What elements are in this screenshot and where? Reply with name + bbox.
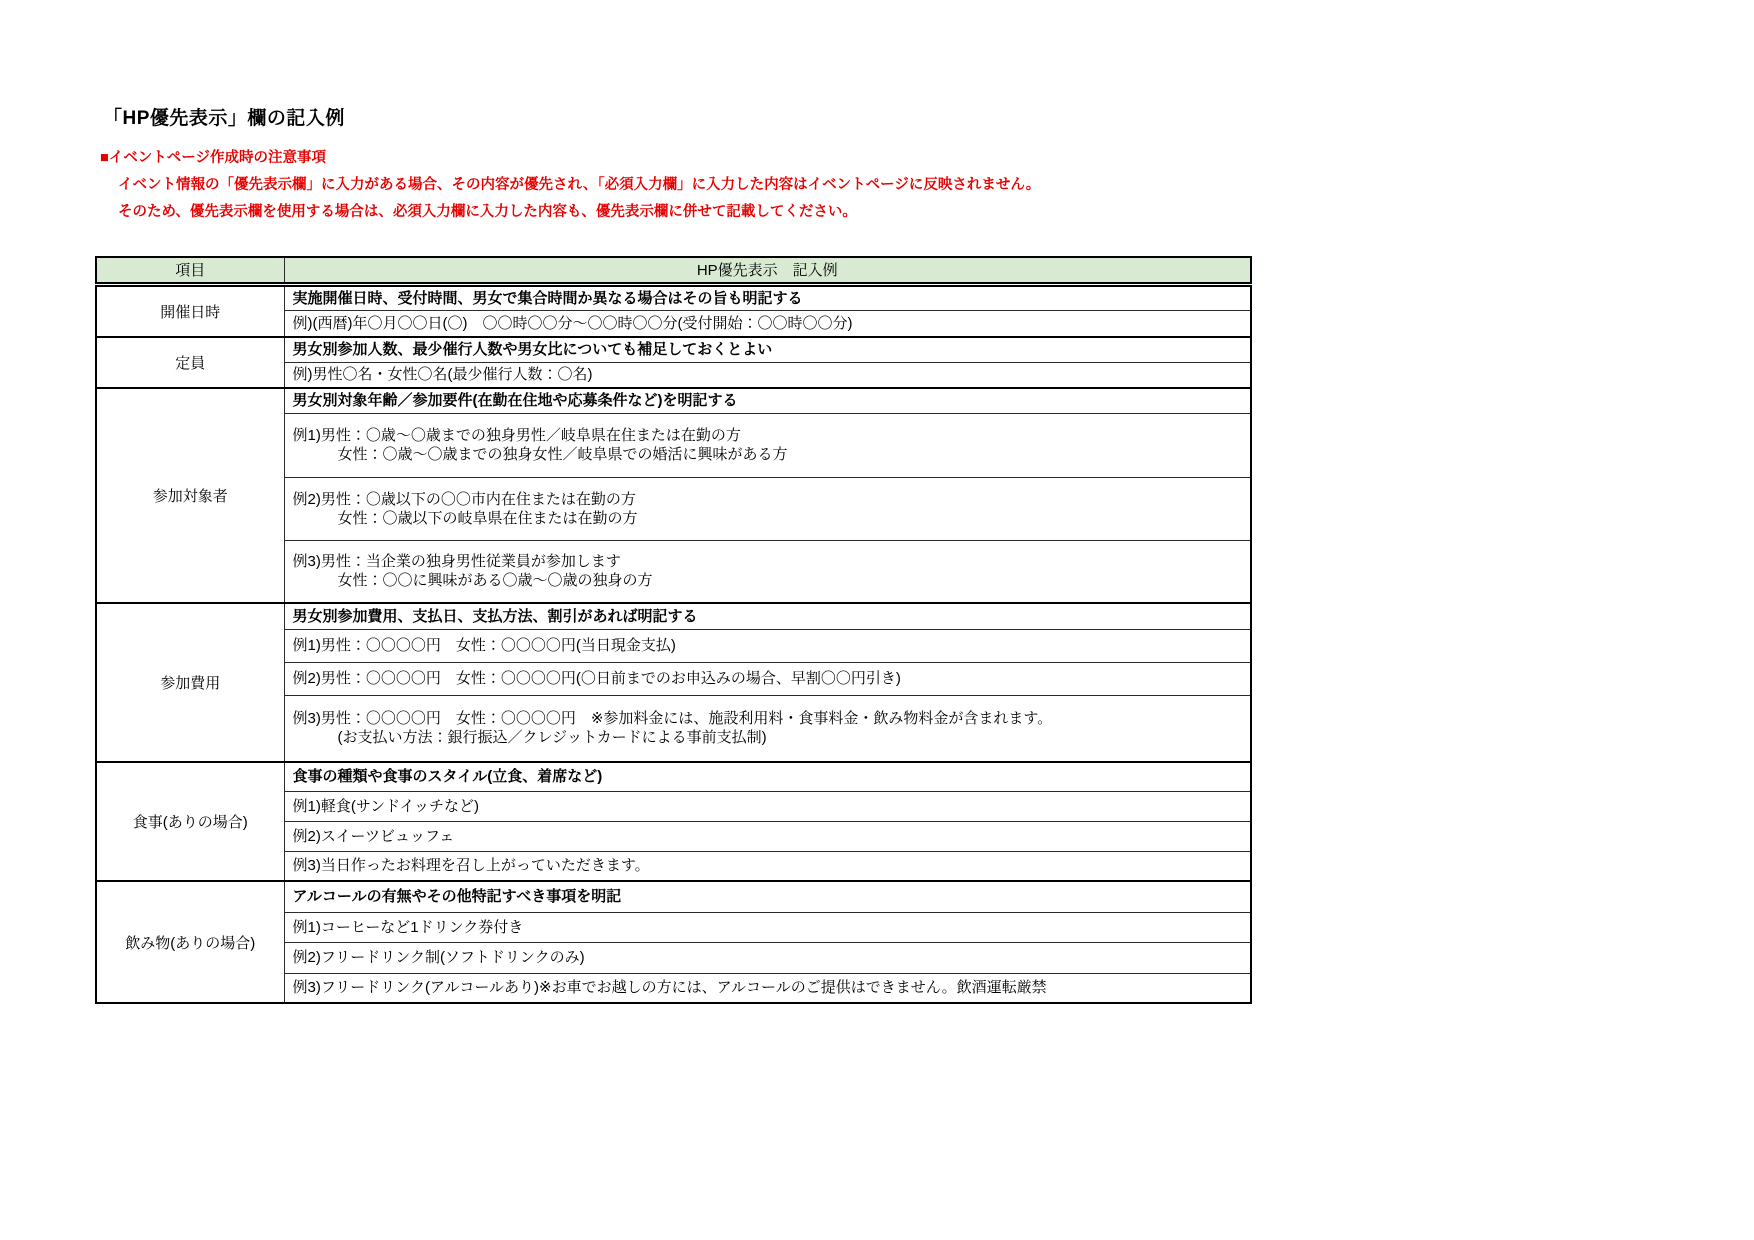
notice-line-2: そのため、優先表示欄を使用する場合は、必須入力欄に入力した内容も、優先表示欄に併… xyxy=(95,199,1754,226)
row-group-fee: 参加費用 男女別参加費用、支払日、支払方法、割引があれば明記する xyxy=(96,603,1251,629)
notice-line-1: イベント情報の「優先表示欄」に入力がある場合、その内容が優先され、「必須入力欄」… xyxy=(95,172,1754,199)
entry-cell: 実施開催日時、受付時間、男女で集合時間か異なる場合はその旨も明記する xyxy=(284,284,1251,310)
entry-cell: 例)男性〇名・女性〇名(最少催行人数：〇名) xyxy=(284,362,1251,388)
row-group-meal: 食事(ありの場合) 食事の種類や食事のスタイル(立食、着席など) xyxy=(96,762,1251,791)
notice-block: ■イベントページ作成時の注意事項 イベント情報の「優先表示欄」に入力がある場合、… xyxy=(95,145,1754,226)
header-cell-example: HP優先表示 記入例 xyxy=(284,257,1251,284)
entry-cell: 男女別参加費用、支払日、支払方法、割引があれば明記する xyxy=(284,603,1251,629)
notice-heading: ■イベントページ作成時の注意事項 xyxy=(95,145,1754,172)
entry-cell: 食事の種類や食事のスタイル(立食、着席など) xyxy=(284,762,1251,791)
entry-cell: 例3)フリードリンク(アルコールあり)※お車でお越しの方には、アルコールのご提供… xyxy=(284,973,1251,1003)
entry-cell: 例2)スイーツビュッフェ xyxy=(284,821,1251,851)
table-header-row: 項目 HP優先表示 記入例 xyxy=(96,257,1251,284)
item-cell-capacity: 定員 xyxy=(96,337,284,388)
entry-cell: 例2)男性：〇〇〇〇円 女性：〇〇〇〇円(〇日前までのお申込みの場合、早割〇〇円… xyxy=(284,662,1251,695)
entry-cell: 例1)男性：〇〇〇〇円 女性：〇〇〇〇円(当日現金支払) xyxy=(284,629,1251,662)
item-cell-event-datetime: 開催日時 xyxy=(96,284,284,337)
document-page: 「HP優先表示」欄の記入例 ■イベントページ作成時の注意事項 イベント情報の「優… xyxy=(0,0,1754,1240)
entry-cell: 男女別参加人数、最少催行人数や男女比についても補足しておくとよい xyxy=(284,337,1251,362)
entry-cell: 例)(西暦)年〇月〇〇日(〇) 〇〇時〇〇分～〇〇時〇〇分(受付開始：〇〇時〇〇… xyxy=(284,310,1251,337)
item-cell-drinks: 飲み物(ありの場合) xyxy=(96,881,284,1003)
entry-cell: 例3)男性：〇〇〇〇円 女性：〇〇〇〇円 ※参加料金には、施設利用料・食事料金・… xyxy=(284,695,1251,762)
entry-cell: 例1)男性：〇歳～〇歳までの独身男性／岐阜県在住または在勤の方 女性：〇歳～〇歳… xyxy=(284,413,1251,477)
row-group-participants: 参加対象者 男女別対象年齢／参加要件(在勤在住地や応募条件など)を明記する xyxy=(96,388,1251,413)
entry-cell: 例2)男性：〇歳以下の〇〇市内在住または在勤の方 女性：〇歳以下の岐阜県在住また… xyxy=(284,477,1251,540)
row-group-event-datetime: 開催日時 実施開催日時、受付時間、男女で集合時間か異なる場合はその旨も明記する xyxy=(96,284,1251,310)
row-group-capacity: 定員 男女別参加人数、最少催行人数や男女比についても補足しておくとよい xyxy=(96,337,1251,362)
entry-cell: 例3)男性：当企業の独身男性従業員が参加します 女性：〇〇に興味がある〇歳～〇歳… xyxy=(284,540,1251,603)
row-group-drinks: 飲み物(ありの場合) アルコールの有無やその他特記すべき事項を明記 xyxy=(96,881,1251,912)
entry-cell: 例1)コーヒーなど1ドリンク券付き xyxy=(284,912,1251,942)
item-cell-meal: 食事(ありの場合) xyxy=(96,762,284,881)
entry-cell: アルコールの有無やその他特記すべき事項を明記 xyxy=(284,881,1251,912)
item-cell-fee: 参加費用 xyxy=(96,603,284,762)
page-title: 「HP優先表示」欄の記入例 xyxy=(103,103,1754,130)
entry-cell: 例1)軽食(サンドイッチなど) xyxy=(284,791,1251,821)
entry-cell: 男女別対象年齢／参加要件(在勤在住地や応募条件など)を明記する xyxy=(284,388,1251,413)
header-cell-item: 項目 xyxy=(96,257,284,284)
entry-example-table: 項目 HP優先表示 記入例 開催日時 実施開催日時、受付時間、男女で集合時間か異… xyxy=(95,256,1252,1004)
entry-cell: 例3)当日作ったお料理を召し上がっていただきます。 xyxy=(284,851,1251,881)
item-cell-participants: 参加対象者 xyxy=(96,388,284,603)
entry-cell: 例2)フリードリンク制(ソフトドリンクのみ) xyxy=(284,942,1251,973)
